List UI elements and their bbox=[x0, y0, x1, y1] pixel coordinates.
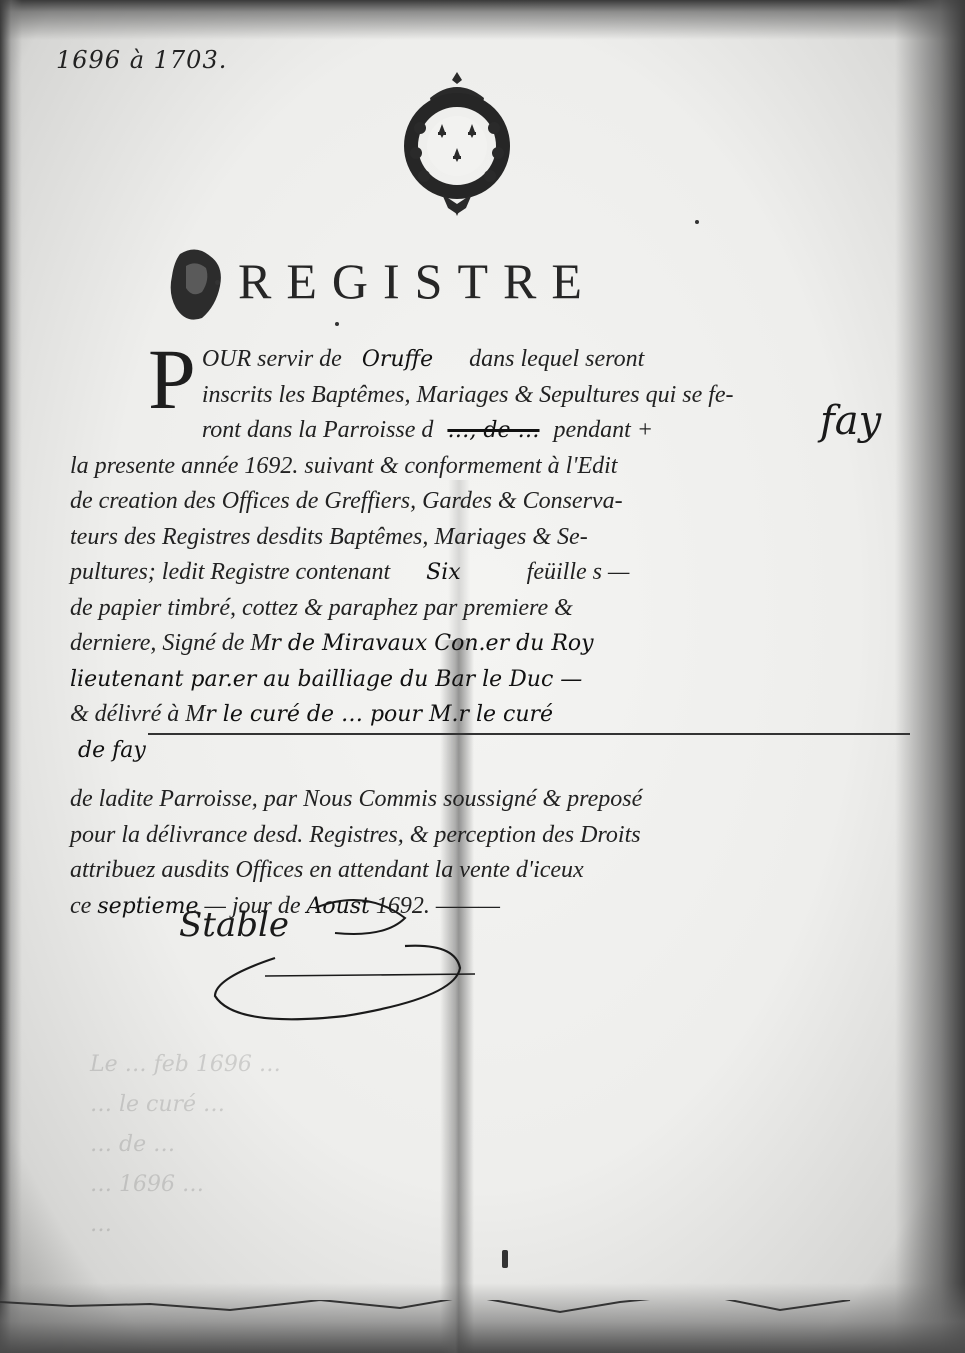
printed-text: teurs des Registres desdits Baptêmes, Ma… bbox=[70, 524, 588, 550]
faded-line: … le curé … bbox=[90, 1085, 850, 1125]
page-edge-left bbox=[0, 0, 22, 1353]
separator-rule bbox=[148, 733, 910, 735]
faded-line: Le … feb 1696 … bbox=[90, 1045, 850, 1085]
date-range-annotation: 1696 à 1703. bbox=[56, 46, 227, 74]
body-line-13: de ladite Parroisse, par Nous Commis sou… bbox=[70, 782, 808, 818]
royal-seal-icon bbox=[402, 68, 512, 218]
page-edge-top bbox=[0, 0, 965, 40]
body-line-6: teurs des Registres desdits Baptêmes, Ma… bbox=[70, 520, 808, 556]
printed-text: feüille s — bbox=[527, 559, 630, 585]
handwritten-place-name: Oruffe bbox=[362, 347, 433, 372]
printed-text: dans lequel seront bbox=[469, 346, 644, 372]
ink-speck bbox=[695, 220, 699, 224]
ink-speck bbox=[335, 322, 339, 326]
printed-text: de ladite Parroisse, par Nous Commis sou… bbox=[70, 786, 642, 812]
printed-text: derniere, Signé de M bbox=[70, 630, 270, 656]
handwritten-title: lieutenant par.er au bailliage du Bar le… bbox=[70, 667, 582, 692]
body-line-10: lieutenant par.er au bailliage du Bar le… bbox=[70, 662, 808, 698]
body-line-14: pour la délivrance desd. Registres, & pe… bbox=[70, 818, 808, 854]
printed-text: ront dans la Parroisse d bbox=[202, 417, 434, 443]
printed-text: de papier timbré, cottez & paraphez par … bbox=[70, 595, 573, 621]
page-edge-right bbox=[895, 0, 965, 1353]
printed-text: pultures; ledit Registre contenant bbox=[70, 559, 390, 585]
ink-speck bbox=[215, 280, 220, 285]
signature-flourish: Stable bbox=[175, 888, 475, 1023]
printed-text: attribuez ausdits Offices en attendant l… bbox=[70, 857, 584, 883]
body-line-1: OUR servir de Oruffe dans lequel seront bbox=[148, 342, 808, 378]
printed-text: la presente année 1692. suivant & confor… bbox=[70, 453, 617, 479]
printed-text: OUR servir de bbox=[202, 346, 342, 372]
printed-text: ce bbox=[70, 893, 91, 919]
printed-text: pour la délivrance desd. Registres, & pe… bbox=[70, 822, 641, 848]
body-line-2: inscrits les Baptêmes, Mariages & Sepult… bbox=[148, 378, 808, 414]
faded-bleed-through-text: Le … feb 1696 … … le curé … … de … … 169… bbox=[90, 1045, 850, 1245]
body-line-8: de papier timbré, cottez & paraphez par … bbox=[70, 591, 808, 627]
body-line-5: de creation des Offices de Greffiers, Ga… bbox=[70, 484, 808, 520]
margin-note: fay bbox=[820, 398, 881, 444]
body-line-7: pultures; ledit Registre contenant Six f… bbox=[70, 555, 808, 591]
handwritten-sheet-count: Six bbox=[426, 560, 461, 585]
body-line-3: ront dans la Parroisse d …, de … pendant… bbox=[70, 413, 808, 449]
faded-line: … 1696 … bbox=[90, 1165, 850, 1205]
body-line-4: la presente année 1692. suivant & confor… bbox=[70, 449, 808, 485]
document-title: REGISTRE bbox=[238, 252, 597, 310]
printed-text: & délivré à M bbox=[70, 701, 205, 727]
body-line-15: attribuez ausdits Offices en attendant l… bbox=[70, 853, 808, 889]
body-line-9: derniere, Signé de Mr de Miravaux Con.er… bbox=[70, 626, 808, 662]
struck-handwriting: …, de … bbox=[447, 418, 539, 443]
document-page: 1696 à 1703. REGISTRE P OUR servir de Or bbox=[0, 0, 965, 1353]
printed-text: pendant + bbox=[554, 417, 654, 443]
faded-line: … bbox=[90, 1205, 850, 1245]
signature-text: Stable bbox=[179, 905, 289, 945]
handwritten-recipient: r le curé de … pour M.r le curé bbox=[205, 702, 553, 727]
body-line-12: de fay bbox=[78, 733, 808, 769]
faded-line: … de … bbox=[90, 1125, 850, 1165]
handwritten-parish: de fay bbox=[78, 738, 146, 763]
certificate-body: P OUR servir de Oruffe dans lequel seron… bbox=[148, 342, 808, 924]
body-line-11: & délivré à Mr le curé de … pour M.r le … bbox=[70, 697, 808, 733]
handwritten-signatory: r de Miravaux Con.er du Roy bbox=[270, 631, 593, 656]
paper-tear-edge bbox=[0, 1300, 965, 1340]
ink-speck bbox=[502, 1250, 508, 1268]
printed-text: inscrits les Baptêmes, Mariages & Sepult… bbox=[202, 382, 734, 408]
printed-text: de creation des Offices de Greffiers, Ga… bbox=[70, 488, 623, 514]
